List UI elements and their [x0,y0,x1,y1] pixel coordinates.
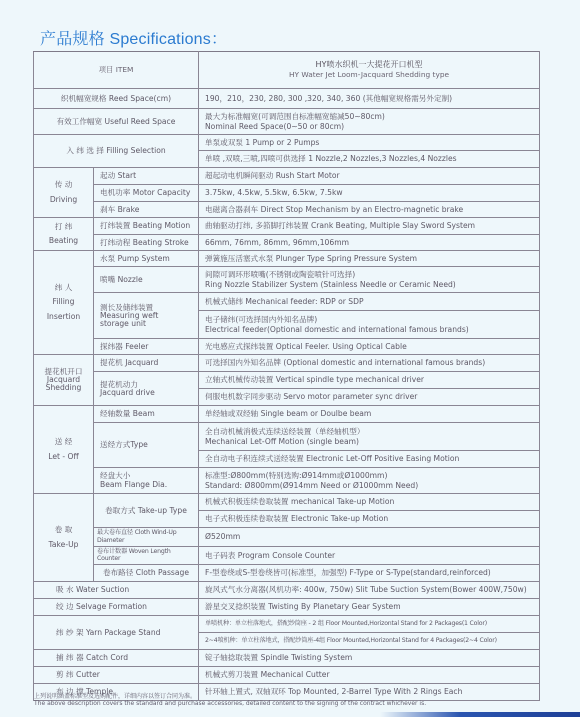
row-label: 织机幅宽规格 Reed Space(cm) [34,89,199,109]
table-row: 卷布计数器 Woven Length Counter 电子码表 Program … [34,546,540,565]
table-row: 纬 人 Filling Insertion 水泵 Pump System 弹簧施… [34,251,540,267]
row-label: 剪 纬 Cutter [34,667,199,684]
row-label: 提花机动力 Jacquard drive [94,372,199,406]
group-beating: 打 纬 Beating [34,218,94,251]
row-label: 测长及储纬装置 Measuring weft storage unit [94,293,199,339]
table-row: 织机幅宽规格 Reed Space(cm) 190，210，230, 280, … [34,89,540,109]
row-value: 旋风式气水分离器(风机功率: 400w, 750w) Slit Tube Suc… [199,582,540,599]
table-row: 剪 纬 Cutter 机械式剪刀装置 Mechanical Cutter [34,667,540,684]
header-item: 项目 ITEM [34,52,199,89]
row-value: 单喷 ,双喷,三喷,四喷可供选择 1 Nozzle,2 Nozzles,3 No… [199,151,540,168]
page-title: 产品规格 Specifications： [40,26,227,49]
row-label: 刹车 Brake [94,202,199,218]
row-label: 纬 纱 架 Yarn Package Stand [34,616,199,650]
group-driving: 传 动 Driving [34,168,94,218]
row-label: 捕 纬 器 Catch Cord [34,650,199,667]
row-value: 间隙可调环形喷嘴(不锈钢或陶瓷喷针可选择) Ring Nozzle Stabil… [199,267,540,293]
row-value: 机械式剪刀装置 Mechanical Cutter [199,667,540,684]
row-label: 卷布路径 Cloth Passage [94,565,199,582]
row-value: 伺服电机数字同步驱动 Servo motor parameter sync dr… [199,389,540,406]
row-label: 打纬装置 Beating Motion [94,218,199,235]
row-value: 可选择国内外知名品牌 (Optional domestic and intern… [199,355,540,372]
row-value: 机械式储纬 Mechanical feeder: RDP or SDP [199,293,540,311]
row-label: 电机功率 Motor Capacity [94,185,199,202]
row-label: 水泵 Pump System [94,251,199,267]
table-row: 卷 取 Take-Up 卷取方式 Take-up Type 机械式积极连续卷取装… [34,494,540,511]
group-let-off: 送 经 Let - Off [34,406,94,494]
row-label: 经轴数量 Beam [94,406,199,423]
table-row: 最大卷布直径 Cloth Wind-Up Diameter Ø520mm [34,528,540,547]
table-row: 测长及储纬装置 Measuring weft storage unit 机械式储… [34,293,540,311]
row-label: 探纬器 Feeler [94,339,199,355]
row-value: 全自动机械消极式连续送经装置（单经轴机型） Mechanical Let-Off… [199,423,540,451]
row-label: 卷取方式 Take-up Type [94,494,199,528]
decorative-bottom-bar [380,712,580,717]
table-row: 打纬动程 Beating Stroke 66mm, 76mm, 86mm, 96… [34,235,540,251]
row-value: 全自动电子积连续式送经装置 Electronic Let-Off Positiv… [199,451,540,468]
row-label: 起动 Start [94,168,199,185]
row-label: 有效工作幅宽 Useful Reed Space [34,109,199,135]
footnote: 上列说明涵盖标准型及选购配件，详细内容以签订合同为准。 The above de… [34,694,426,708]
row-label: 入 纬 选 择 Filling Selection [34,135,199,168]
table-row: 捕 纬 器 Catch Cord 锭子轴捻取装置 Spindle Twistin… [34,650,540,667]
row-label: 卷布计数器 Woven Length Counter [94,546,199,565]
row-value: 电子储纬(可选择国内外知名品牌) Electrical feeder(Optio… [199,311,540,339]
table-row: 经盘大小 Beam Flange Dia. 标准型:Ø800mm(特别选购:Ø9… [34,468,540,494]
row-value: 立轴式机械传动装置 Vertical spindle type mechanic… [199,372,540,389]
row-value: 单经轴或双经轴 Single beam or Doulbe beam [199,406,540,423]
row-label: 吸 水 Water Suction [34,582,199,599]
row-value: 锭子轴捻取装置 Spindle Twisting System [199,650,540,667]
header-model-en: HY Water Jet Loom-Jacquard Shedding type [205,70,533,79]
row-value: 3.75kw, 4.5kw, 5.5kw, 6.5kw, 7.5kw [199,185,540,202]
table-row: 提花机开口 Jacquard Shedding 提花机 Jacquard 可选择… [34,355,540,372]
row-value: 弹簧施压活塞式水泵 Plunger Type Spring Pressure S… [199,251,540,267]
table-header-row: 项目 ITEM HY喷水织机一大提花开口机型 HY Water Jet Loom… [34,52,540,89]
row-value: 电磁离合器刹车 Direct Stop Mechanism by an Elec… [199,202,540,218]
table-row: 喷嘴 Nozzle 间隙可调环形喷嘴(不锈钢或陶瓷喷针可选择) Ring Noz… [34,267,540,293]
specifications-table: 项目 ITEM HY喷水织机一大提花开口机型 HY Water Jet Loom… [33,51,540,701]
table-row: 打 纬 Beating 打纬装置 Beating Motion 曲轴驱动打纬, … [34,218,540,235]
group-take-up: 卷 取 Take-Up [34,494,94,582]
group-jacquard: 提花机开口 Jacquard Shedding [34,355,94,406]
footnote-en: The above description covers the standar… [34,701,426,708]
row-value: Ø520mm [199,528,540,547]
row-label: 最大卷布直径 Cloth Wind-Up Diameter [94,528,199,547]
header-model-cn: HY喷水织机一大提花开口机型 [205,60,533,70]
row-label: 提花机 Jacquard [94,355,199,372]
table-row: 吸 水 Water Suction 旋风式气水分离器(风机功率: 400w, 7… [34,582,540,599]
row-value: 最大为标准幅宽(可调范围自标准幅宽缩减50~80cm) Nominal Reed… [199,109,540,135]
row-value: 游星交叉捻织装置 Twisting By Planetary Gear Syst… [199,599,540,616]
row-value: F-型卷绕或S-型卷绕皆可(标准型，加强型) F-Type or S-Type(… [199,565,540,582]
row-value: 超起动电机瞬间驱动 Rush Start Motor [199,168,540,185]
row-value: 光电感应式探纬装置 Optical Feeler. Using Optical … [199,339,540,355]
row-value: 单泵或双泵 1 Pump or 2 Pumps [199,135,540,151]
row-label: 打纬动程 Beating Stroke [94,235,199,251]
row-value: 66mm, 76mm, 86mm, 96mm,106mm [199,235,540,251]
table-row: 传 动 Driving 起动 Start 超起动电机瞬间驱动 Rush Star… [34,168,540,185]
row-value: 曲轴驱动打纬, 多筘脚打纬装置 Crank Beating, Multiple … [199,218,540,235]
row-value: 电子式积极连续卷取装置 Electronic Take-up Motion [199,511,540,528]
table-row: 刹车 Brake 电磁离合器刹车 Direct Stop Mechanism b… [34,202,540,218]
row-label: 喷嘴 Nozzle [94,267,199,293]
row-label: 绞 边 Selvage Formation [34,599,199,616]
table-row: 有效工作幅宽 Useful Reed Space 最大为标准幅宽(可调范围自标准… [34,109,540,135]
table-row: 探纬器 Feeler 光电感应式探纬装置 Optical Feeler. Usi… [34,339,540,355]
row-value: 电子码表 Program Console Counter [199,546,540,565]
table-row: 绞 边 Selvage Formation 游星交叉捻织装置 Twisting … [34,599,540,616]
table-row: 电机功率 Motor Capacity 3.75kw, 4.5kw, 5.5kw… [34,185,540,202]
table-row: 入 纬 选 择 Filling Selection 单泵或双泵 1 Pump o… [34,135,540,151]
row-label: 送经方式Type [94,423,199,468]
group-filling-insertion: 纬 人 Filling Insertion [34,251,94,355]
header-model: HY喷水织机一大提花开口机型 HY Water Jet Loom-Jacquar… [199,52,540,89]
row-value: 标准型:Ø800mm(特别选购:Ø914mm或Ø1000mm) Standard… [199,468,540,494]
row-value: 190，210，230, 280, 300 ,320, 340, 360 (其他… [199,89,540,109]
row-value: 2~4喷机种：单立柱落地式，搭配纱筒座-4组 Floor Mounted,Hor… [199,633,540,650]
row-label: 经盘大小 Beam Flange Dia. [94,468,199,494]
table-row: 卷布路径 Cloth Passage F-型卷绕或S-型卷绕皆可(标准型，加强型… [34,565,540,582]
table-row: 送经方式Type 全自动机械消极式连续送经装置（单经轴机型） Mechanica… [34,423,540,451]
row-value: 单喷机种：单立柱落地式，搭配纱筒座 - 2 组 Floor Mounted,Ho… [199,616,540,633]
table-row: 纬 纱 架 Yarn Package Stand 单喷机种：单立柱落地式，搭配纱… [34,616,540,633]
table-row: 提花机动力 Jacquard drive 立轴式机械传动装置 Vertical … [34,372,540,389]
table-row: 送 经 Let - Off 经轴数量 Beam 单经轴或双经轴 Single b… [34,406,540,423]
row-value: 机械式积极连续卷取装置 mechanical Take-up Motion [199,494,540,511]
